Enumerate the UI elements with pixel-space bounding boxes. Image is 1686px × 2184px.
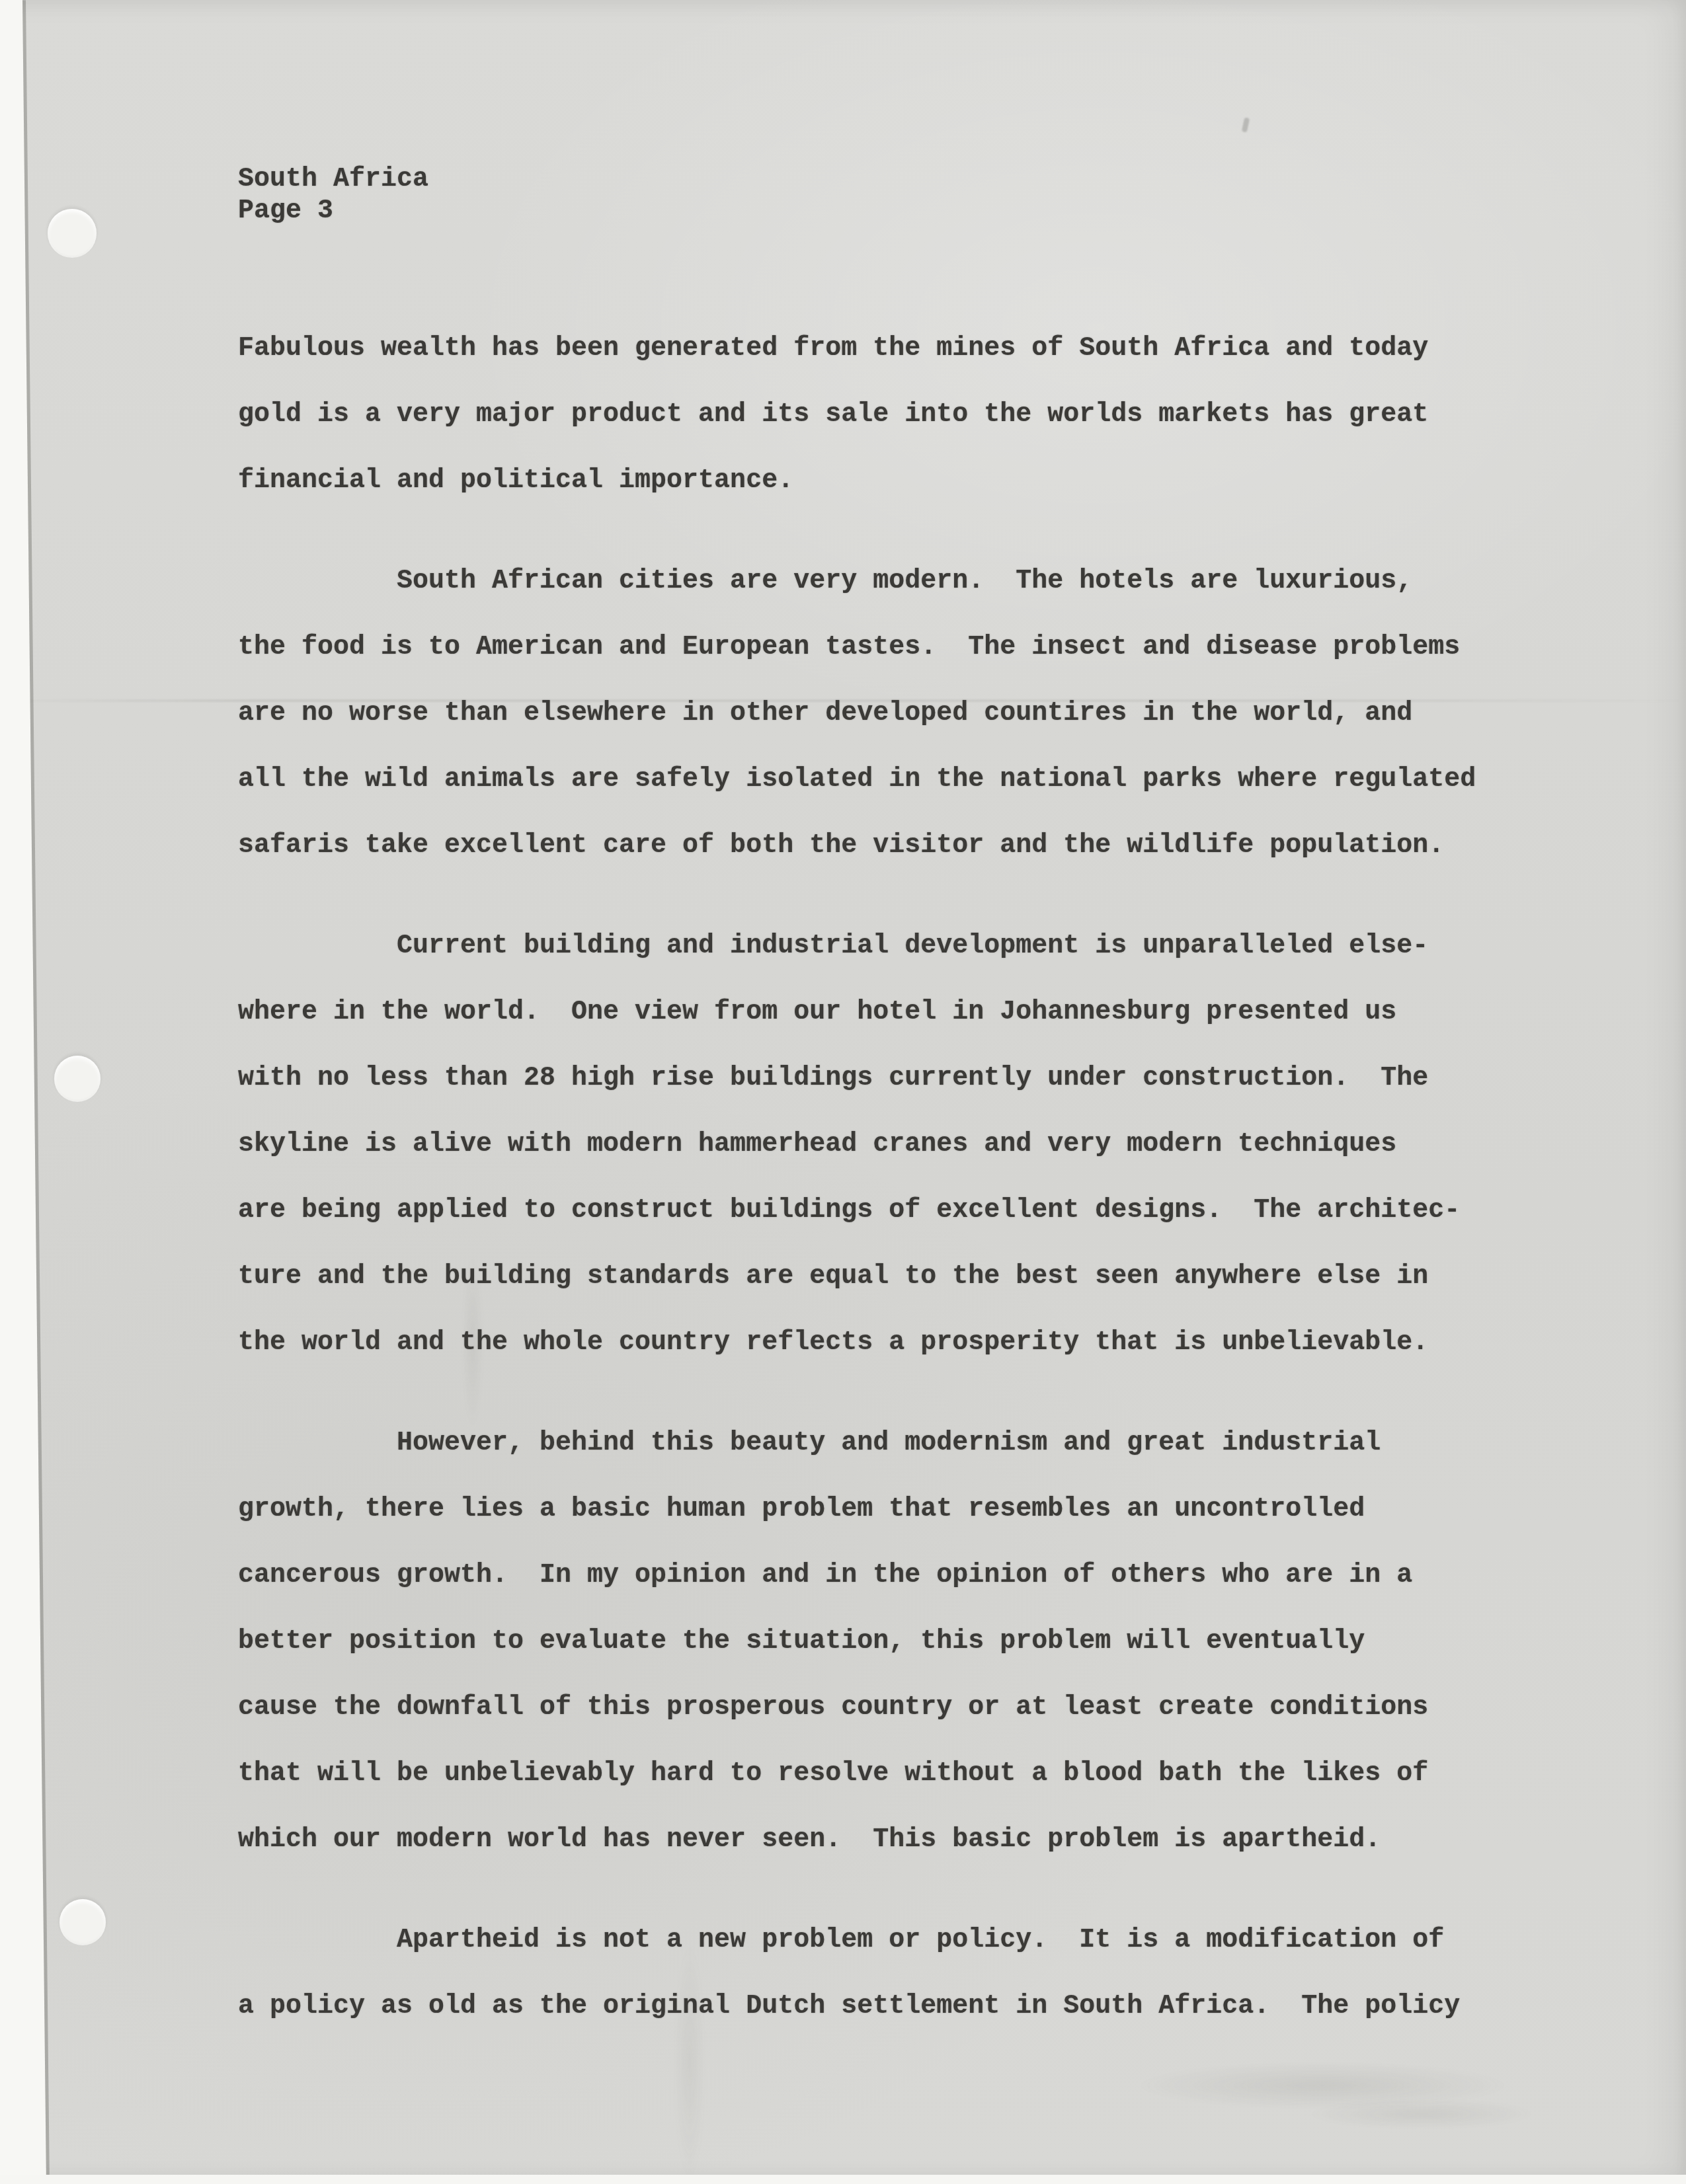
scanner-edge-strip bbox=[0, 0, 60, 2184]
text-line: better position to evaluate the situatio… bbox=[238, 1609, 1534, 1675]
text-line: gold is a very major product and its sal… bbox=[238, 382, 1534, 448]
punch-hole-top bbox=[48, 209, 97, 258]
scanned-document-page: South Africa Page 3 Fabulous wealth has … bbox=[0, 0, 1686, 2184]
document-body: Fabulous wealth has been generated from … bbox=[238, 316, 1534, 2040]
page-number-label: Page 3 bbox=[238, 196, 428, 227]
text-line: cause the downfall of this prosperous co… bbox=[238, 1675, 1534, 1741]
pencil-smudge bbox=[1309, 2099, 1534, 2129]
pencil-smudge bbox=[1137, 2062, 1507, 2109]
paragraph-wealth: Fabulous wealth has been generated from … bbox=[238, 316, 1534, 514]
text-line: where in the world. One view from our ho… bbox=[238, 980, 1534, 1046]
text-line: all the wild animals are safely isolated… bbox=[238, 747, 1534, 813]
text-line: are no worse than elsewhere in other dev… bbox=[238, 681, 1534, 747]
text-line: a policy as old as the original Dutch se… bbox=[238, 1974, 1534, 2040]
text-line: the world and the whole country reflects… bbox=[238, 1310, 1534, 1376]
document-title: South Africa bbox=[238, 164, 428, 196]
text-line: that will be unbelievably hard to resolv… bbox=[238, 1741, 1534, 1807]
text-line: However, behind this beauty and modernis… bbox=[238, 1411, 1534, 1477]
text-line: with no less than 28 high rise buildings… bbox=[238, 1046, 1534, 1112]
text-line: ture and the building standards are equa… bbox=[238, 1244, 1534, 1310]
text-line: the food is to American and European tas… bbox=[238, 615, 1534, 681]
text-line: Current building and industrial developm… bbox=[238, 914, 1534, 980]
punch-hole-bottom bbox=[60, 1899, 106, 1945]
text-line: are being applied to construct buildings… bbox=[238, 1178, 1534, 1244]
text-line: cancerous growth. In my opinion and in t… bbox=[238, 1543, 1534, 1609]
paragraph-apartheid: Apartheid is not a new problem or policy… bbox=[238, 1908, 1534, 2040]
document-header: South Africa Page 3 bbox=[238, 164, 428, 227]
text-line: Apartheid is not a new problem or policy… bbox=[238, 1908, 1534, 1974]
paragraph-problem: However, behind this beauty and modernis… bbox=[238, 1411, 1534, 1873]
paragraph-cities: South African cities are very modern. Th… bbox=[238, 549, 1534, 879]
scanner-edge-strip-bottom bbox=[0, 2175, 1686, 2184]
text-line: South African cities are very modern. Th… bbox=[238, 549, 1534, 615]
text-line: which our modern world has never seen. T… bbox=[238, 1807, 1534, 1873]
paragraph-building: Current building and industrial developm… bbox=[238, 914, 1534, 1376]
text-line: safaris take excellent care of both the … bbox=[238, 813, 1534, 879]
stray-mark bbox=[1242, 117, 1250, 132]
text-line: skyline is alive with modern hammerhead … bbox=[238, 1112, 1534, 1178]
punch-hole-middle bbox=[54, 1056, 100, 1102]
text-line: Fabulous wealth has been generated from … bbox=[238, 316, 1534, 382]
text-line: financial and political importance. bbox=[238, 448, 1534, 514]
text-line: growth, there lies a basic human problem… bbox=[238, 1477, 1534, 1543]
